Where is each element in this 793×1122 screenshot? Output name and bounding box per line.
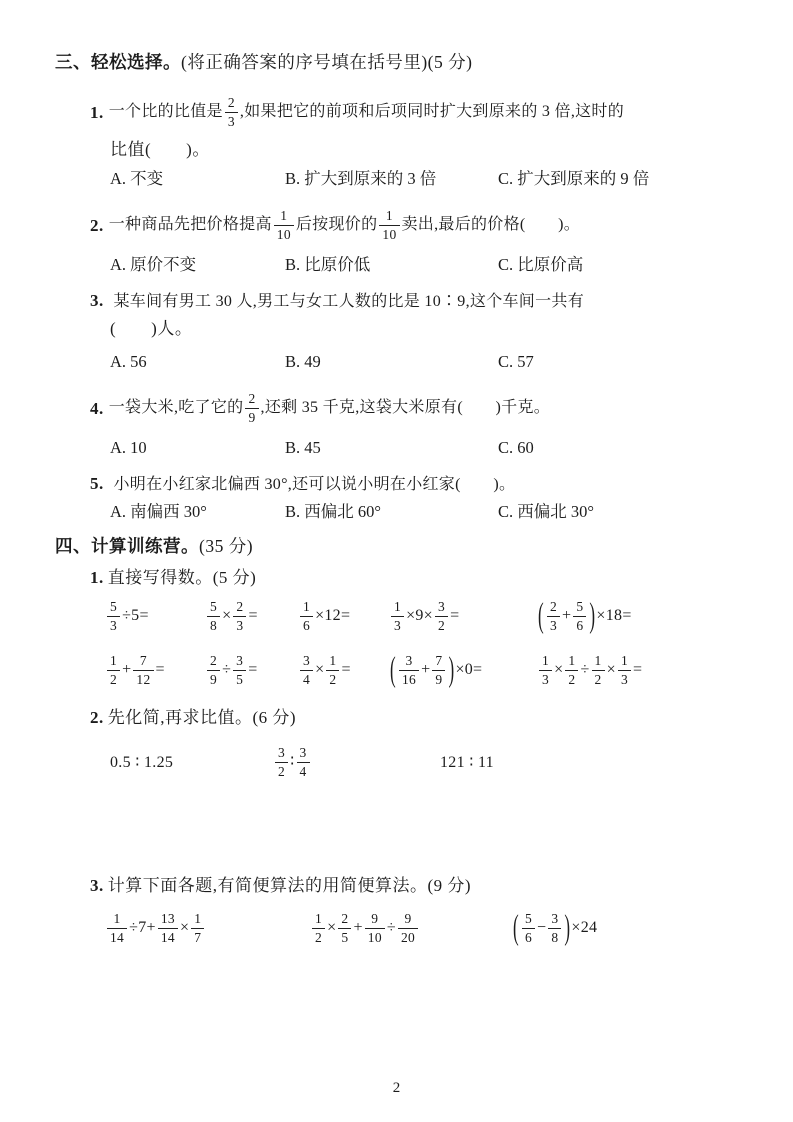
calc-sub1-number: 1.: [90, 568, 104, 587]
question-1-stem-cont: 比值( )。: [110, 136, 751, 163]
question-2-option-a: A. 原价不变: [110, 253, 285, 277]
question-2-stem: 2. 一种商品先把价格提高110后按现价的110卖出,最后的价格( )。: [90, 201, 751, 249]
fraction: 712: [133, 654, 153, 687]
question-2-option-c: C. 比原价高: [498, 253, 751, 277]
calc-expression: 114÷7+1314×17: [105, 912, 310, 945]
question-4-stem-text: 一袋大米,吃了它的29,还剩 35 千克,这袋大米原有( )千克。: [109, 392, 550, 425]
fraction: 17: [191, 912, 204, 945]
calc-sub3-title-text: 计算下面各题,有简便算法的用简便算法。(9 分): [108, 876, 471, 895]
question-4-option-c: C. 60: [498, 436, 751, 460]
fraction: 13: [391, 600, 404, 633]
big-paren: ): [447, 650, 455, 691]
calc-expression: 13×9×32=: [389, 600, 537, 633]
question-5-stem: 5. 小明在小红家北偏西 30°,还可以说小明在小红家( )。: [90, 470, 751, 498]
fraction: 920: [398, 912, 418, 945]
calc-expression: (23+56)×18=: [537, 600, 751, 633]
page-number: 2: [0, 1080, 793, 1097]
big-paren: ): [563, 908, 571, 949]
calc-sub1-title: 1.直接写得数。(5 分): [90, 566, 751, 590]
question-2-options: A. 原价不变 B. 比原价低 C. 比原价高: [110, 253, 751, 277]
fraction: 12: [592, 654, 605, 687]
calc-expression: 58×23=: [205, 600, 298, 633]
fraction: 13: [618, 654, 631, 687]
question-3-stem-text: 某车间有男工 30 人,男工与女工人数的比是 10∶9,这个车间一共有: [114, 293, 585, 310]
section-calc-title: 四、计算训练营。(35 分): [55, 534, 751, 558]
fraction: 23: [547, 600, 560, 633]
question-4-option-a: A. 10: [110, 436, 285, 460]
fraction: 12: [326, 654, 339, 687]
calc-expression: (316+79)×0=: [389, 654, 537, 687]
calc-sub2-title-text: 先化简,再求比值。(6 分): [108, 708, 296, 727]
calc-expression: 34×12=: [298, 654, 389, 687]
ratio-expression: 0.5 ∶ 1.25: [110, 752, 273, 772]
test-paper-page: 三、轻松选择。(将正确答案的序号填在括号里)(5 分) 1. 一个比的比值是23…: [0, 0, 793, 1122]
ratio-expression: 121 ∶ 11: [440, 752, 751, 772]
section-choice-title-note: (将正确答案的序号填在括号里)(5 分): [181, 52, 472, 72]
fraction: 79: [432, 654, 445, 687]
question-1-option-c: C. 扩大到原来的 9 倍: [498, 167, 751, 191]
question-2: 2. 一种商品先把价格提高110后按现价的110卖出,最后的价格( )。 A. …: [55, 201, 751, 277]
fraction: 58: [207, 600, 220, 633]
fraction: 34: [300, 654, 313, 687]
calc-expression: 16×12=: [298, 600, 389, 633]
big-paren: (: [389, 650, 397, 691]
question-1-option-b: B. 扩大到原来的 3 倍: [285, 167, 498, 191]
calc-sub2-title: 2.先化简,再求比值。(6 分): [90, 706, 751, 730]
question-1-options: A. 不变 B. 扩大到原来的 3 倍 C. 扩大到原来的 9 倍: [110, 167, 751, 191]
calc-expression: 12+712=: [105, 654, 205, 687]
calc-sub2-number: 2.: [90, 708, 104, 727]
fraction: 12: [312, 912, 325, 945]
big-paren: (: [512, 908, 520, 949]
question-2-number: 2.: [90, 212, 104, 239]
section-calc-title-main: 四、计算训练营。: [55, 536, 199, 556]
question-4-stem: 4. 一袋大米,吃了它的29,还剩 35 千克,这袋大米原有( )千克。: [90, 384, 751, 432]
question-4-options: A. 10 B. 45 C. 60: [110, 436, 751, 460]
fraction: 23: [233, 600, 246, 633]
page-content: 三、轻松选择。(将正确答案的序号填在括号里)(5 分) 1. 一个比的比值是23…: [0, 0, 793, 952]
question-1-stem: 1. 一个比的比值是23,如果把它的前项和后项同时扩大到原来的 3 倍,这时的: [90, 88, 751, 136]
fraction: 1314: [158, 912, 178, 945]
section-calc-title-note: (35 分): [199, 536, 253, 556]
ratio-expression: 32∶34: [273, 746, 440, 779]
question-5-option-c: C. 西偏北 30°: [498, 500, 751, 524]
question-4-number: 4.: [90, 395, 104, 422]
question-3-options: A. 56 B. 49 C. 57: [110, 350, 751, 374]
fraction: 29: [245, 392, 258, 425]
question-5-option-b: B. 西偏北 60°: [285, 500, 498, 524]
question-3-stem: 3. 某车间有男工 30 人,男工与女工人数的比是 10∶9,这个车间一共有: [90, 287, 751, 315]
calc-expression: 53÷5=: [105, 600, 205, 633]
question-1-stem-text: 一个比的比值是23,如果把它的前项和后项同时扩大到原来的 3 倍,这时的: [109, 96, 624, 129]
fraction: 56: [573, 600, 586, 633]
fraction: 316: [399, 654, 419, 687]
question-1: 1. 一个比的比值是23,如果把它的前项和后项同时扩大到原来的 3 倍,这时的 …: [55, 88, 751, 191]
calc-row-1: 53÷5= 58×23= 16×12= 13×9×32= (23+56)×18=: [105, 592, 751, 640]
fraction: 12: [107, 654, 120, 687]
calc-expression: 13×12÷12×13=: [537, 654, 751, 687]
section-choice-title: 三、轻松选择。(将正确答案的序号填在括号里)(5 分): [55, 50, 751, 74]
fraction: 114: [107, 912, 127, 945]
fraction: 110: [274, 209, 294, 242]
question-5-number: 5.: [90, 474, 104, 493]
question-3: 3. 某车间有男工 30 人,男工与女工人数的比是 10∶9,这个车间一共有 (…: [55, 287, 751, 374]
question-3-number: 3.: [90, 291, 104, 310]
question-3-option-b: B. 49: [285, 350, 498, 374]
question-4: 4. 一袋大米,吃了它的29,还剩 35 千克,这袋大米原有( )千克。 A. …: [55, 384, 751, 460]
question-5-stem-text: 小明在小红家北偏西 30°,还可以说小明在小红家( )。: [114, 476, 516, 493]
calc-sub3-title: 3.计算下面各题,有简便算法的用简便算法。(9 分): [90, 874, 751, 898]
calc-sub1-title-text: 直接写得数。(5 分): [108, 568, 257, 587]
question-3-option-c: C. 57: [498, 350, 751, 374]
calc-expression: 29÷35=: [205, 654, 298, 687]
fraction: 12: [565, 654, 578, 687]
fraction: 32: [275, 746, 288, 779]
fraction: 32: [435, 600, 448, 633]
fraction: 110: [379, 209, 399, 242]
calc-expression: 12×25+910÷920: [310, 912, 512, 945]
calc-expression: (56−38)×24: [512, 912, 751, 945]
fraction: 910: [365, 912, 385, 945]
question-3-option-a: A. 56: [110, 350, 285, 374]
calc-row-2: 12+712= 29÷35= 34×12= (316+79)×0= 13×12÷…: [105, 646, 751, 694]
fraction: 13: [539, 654, 552, 687]
question-5: 5. 小明在小红家北偏西 30°,还可以说小明在小红家( )。 A. 南偏西 3…: [55, 470, 751, 524]
question-1-number: 1.: [90, 99, 104, 126]
calc3-row: 114÷7+1314×17 12×25+910÷920 (56−38)×24: [105, 904, 751, 952]
question-2-stem-text: 一种商品先把价格提高110后按现价的110卖出,最后的价格( )。: [109, 209, 580, 242]
question-3-stem-cont: ( )人。: [110, 315, 751, 342]
question-4-option-b: B. 45: [285, 436, 498, 460]
fraction: 29: [207, 654, 220, 687]
question-2-option-b: B. 比原价低: [285, 253, 498, 277]
simplify-row: 0.5 ∶ 1.25 32∶34 121 ∶ 11: [110, 738, 751, 786]
question-1-option-a: A. 不变: [110, 167, 285, 191]
fraction: 56: [522, 912, 535, 945]
big-paren: ): [588, 596, 596, 637]
fraction: 25: [338, 912, 351, 945]
fraction: 16: [300, 600, 313, 633]
fraction: 34: [297, 746, 310, 779]
fraction: 23: [225, 96, 238, 129]
question-5-option-a: A. 南偏西 30°: [110, 500, 285, 524]
big-paren: (: [537, 596, 545, 637]
question-5-options: A. 南偏西 30° B. 西偏北 60° C. 西偏北 30°: [110, 500, 751, 524]
fraction: 38: [548, 912, 561, 945]
fraction: 35: [233, 654, 246, 687]
section-choice-title-main: 三、轻松选择。: [55, 52, 181, 72]
fraction: 53: [107, 600, 120, 633]
calc-sub3-number: 3.: [90, 876, 104, 895]
